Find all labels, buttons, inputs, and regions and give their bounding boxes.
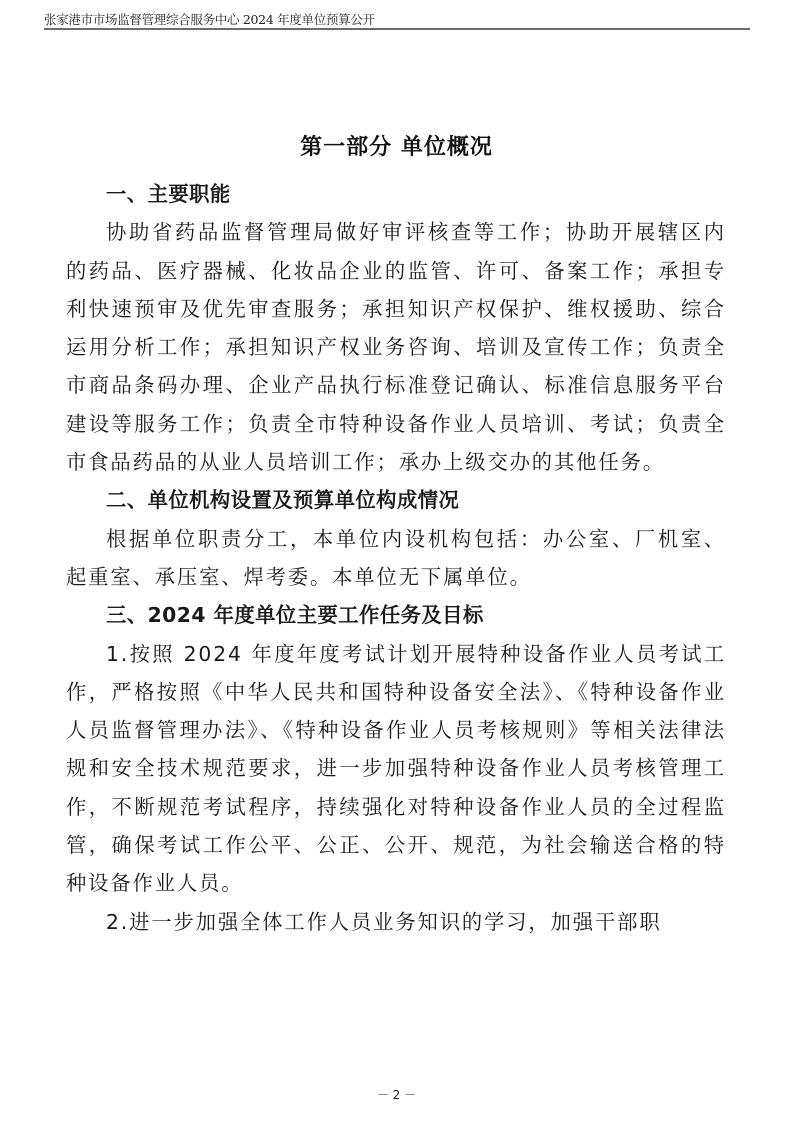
page-number: － 2 － <box>0 1086 793 1103</box>
paragraph: 协助省药品监督管理局做好审评核查等工作；协助开展辖区内的药品、医疗器械、化妆品企… <box>66 213 726 481</box>
paragraph: 根据单位职责分工，本单位内设机构包括：办公室、厂机室、起重室、承压室、焊考委。本… <box>66 520 726 597</box>
section-heading: 一、主要职能 <box>66 175 726 213</box>
section-heading: 二、单位机构设置及预算单位构成情况 <box>66 481 726 519</box>
part-title: 第一部分 单位概况 <box>0 130 793 161</box>
section-tasks-goals: 三、2024 年度单位主要工作任务及目标 1.按照 2024 年度年度考试计划开… <box>66 596 726 941</box>
section-main-functions: 一、主要职能 协助省药品监督管理局做好审评核查等工作；协助开展辖区内的药品、医疗… <box>66 175 726 481</box>
header-divider <box>44 28 750 30</box>
section-heading: 三、2024 年度单位主要工作任务及目标 <box>66 596 726 634</box>
paragraph: 2.进一步加强全体工作人员业务知识的学习，加强干部职 <box>66 903 726 941</box>
paragraph: 1.按照 2024 年度年度考试计划开展特种设备作业人员考试工作，严格按照《中华… <box>66 635 726 903</box>
document-body: 一、主要职能 协助省药品监督管理局做好审评核查等工作；协助开展辖区内的药品、医疗… <box>66 175 726 941</box>
running-header: 张家港市市场监督管理综合服务中心 2024 年度单位预算公开 <box>44 10 750 28</box>
section-organization: 二、单位机构设置及预算单位构成情况 根据单位职责分工，本单位内设机构包括：办公室… <box>66 481 726 596</box>
